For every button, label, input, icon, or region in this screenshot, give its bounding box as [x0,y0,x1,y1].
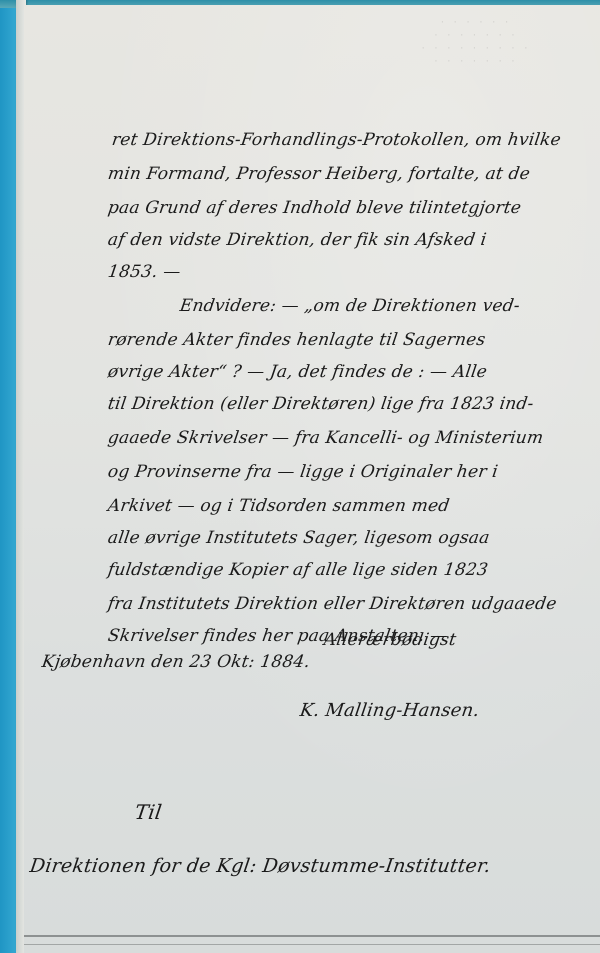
closing-salutation: Allerærbødigst [323,630,458,650]
stamp-line: · · · · · · · · · [390,43,560,56]
body-line: alle øvrige Institutets Sager, ligesom o… [107,528,491,548]
body-line: Arkivet — og i Tidsorden sammen med [107,496,451,516]
stamp-line: · · · · · · [390,17,560,30]
body-line: af den vidste Direktion, der fik sin Afs… [107,230,488,250]
body-line: gaaede Skrivelser — fra Kancelli- og Min… [107,428,545,448]
page-fold-line [24,944,600,945]
body-line: og Provinserne fra — ligge i Originaler … [107,462,500,482]
page-fold-line [24,935,600,937]
body-line: min Formand, Professor Heiberg, fortalte… [107,164,532,184]
body-line: til Direktion (eller Direktøren) lige fr… [107,394,535,414]
body-line: rørende Akter findes henlagte til Sagern… [107,330,487,350]
body-line: fuldstændige Kopier af alle lige siden 1… [107,560,490,580]
stamp-line: · · · · · · · [390,56,560,69]
addressee: Direktionen for de Kgl: Døvstumme-Instit… [28,855,492,877]
body-line: Endvidere: — „om de Direktionen ved- [179,296,522,316]
place-date: Kjøbenhavn den 23 Okt: 1884. [41,652,312,672]
body-line: øvrige Akter“ ? — Ja, det findes de : — … [107,362,489,382]
body-line: ret Direktions-Forhandlings-Protokollen,… [111,130,563,150]
faded-archive-stamp: · · · · · · · · · · · · · · · · · · · · … [390,17,560,87]
body-line: 1853. — [107,262,182,282]
body-line: paa Grund af deres Indhold bleve tilinte… [107,198,523,218]
stamp-line: · · · · · · · [390,30,560,43]
body-line: fra Institutets Direktion eller Direktør… [107,594,558,614]
signature: K. Malling-Hansen. [299,700,481,721]
addressee-prefix: Til [133,800,163,824]
